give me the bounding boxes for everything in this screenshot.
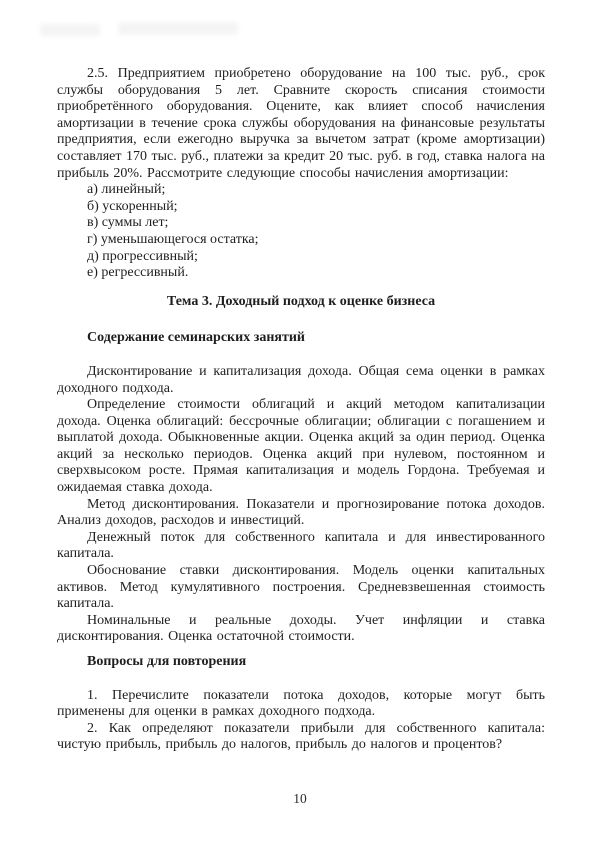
method-item-a: а) линейный; xyxy=(57,182,545,199)
seminar-paragraph: Метод дисконтирования. Показатели и прог… xyxy=(57,497,545,530)
scan-ghost-mark xyxy=(40,24,100,36)
scan-ghost-mark xyxy=(118,22,238,35)
topic-3-heading: Тема 3. Доходный подход к оценке бизнеса xyxy=(57,294,545,311)
method-item-e: е) регрессивный. xyxy=(57,265,545,282)
document-page: 2.5. Предприятием приобретено оборудован… xyxy=(0,0,600,848)
seminar-paragraph: Дисконтирование и капитализация дохода. … xyxy=(57,364,545,397)
method-item-b: б) ускоренный; xyxy=(57,199,545,216)
review-question: 1. Перечислите показатели потока доходов… xyxy=(57,688,545,721)
seminar-paragraph: Номинальные и реальные доходы. Учет инфл… xyxy=(57,613,545,646)
review-question: 2. Как определяют показатели прибыли для… xyxy=(57,721,545,754)
problem-2-5-paragraph: 2.5. Предприятием приобретено оборудован… xyxy=(57,66,545,182)
page-number: 10 xyxy=(0,791,600,807)
amortization-methods-list: а) линейный; б) ускоренный; в) суммы лет… xyxy=(57,182,545,282)
seminar-content-heading: Содержание семинарских занятий xyxy=(57,330,545,347)
method-item-v: в) суммы лет; xyxy=(57,215,545,232)
text-block: 2.5. Предприятием приобретено оборудован… xyxy=(57,66,545,754)
seminar-paragraph: Определение стоимости облигаций и акций … xyxy=(57,397,545,497)
method-item-g: г) уменьшающегося остатка; xyxy=(57,232,545,249)
review-questions-heading: Вопросы для повторения xyxy=(57,654,545,671)
seminar-paragraph: Денежный поток для собственного капитала… xyxy=(57,530,545,563)
seminar-paragraph: Обоснование ставки дисконтирования. Моде… xyxy=(57,563,545,613)
method-item-d: д) прогрессивный; xyxy=(57,249,545,266)
